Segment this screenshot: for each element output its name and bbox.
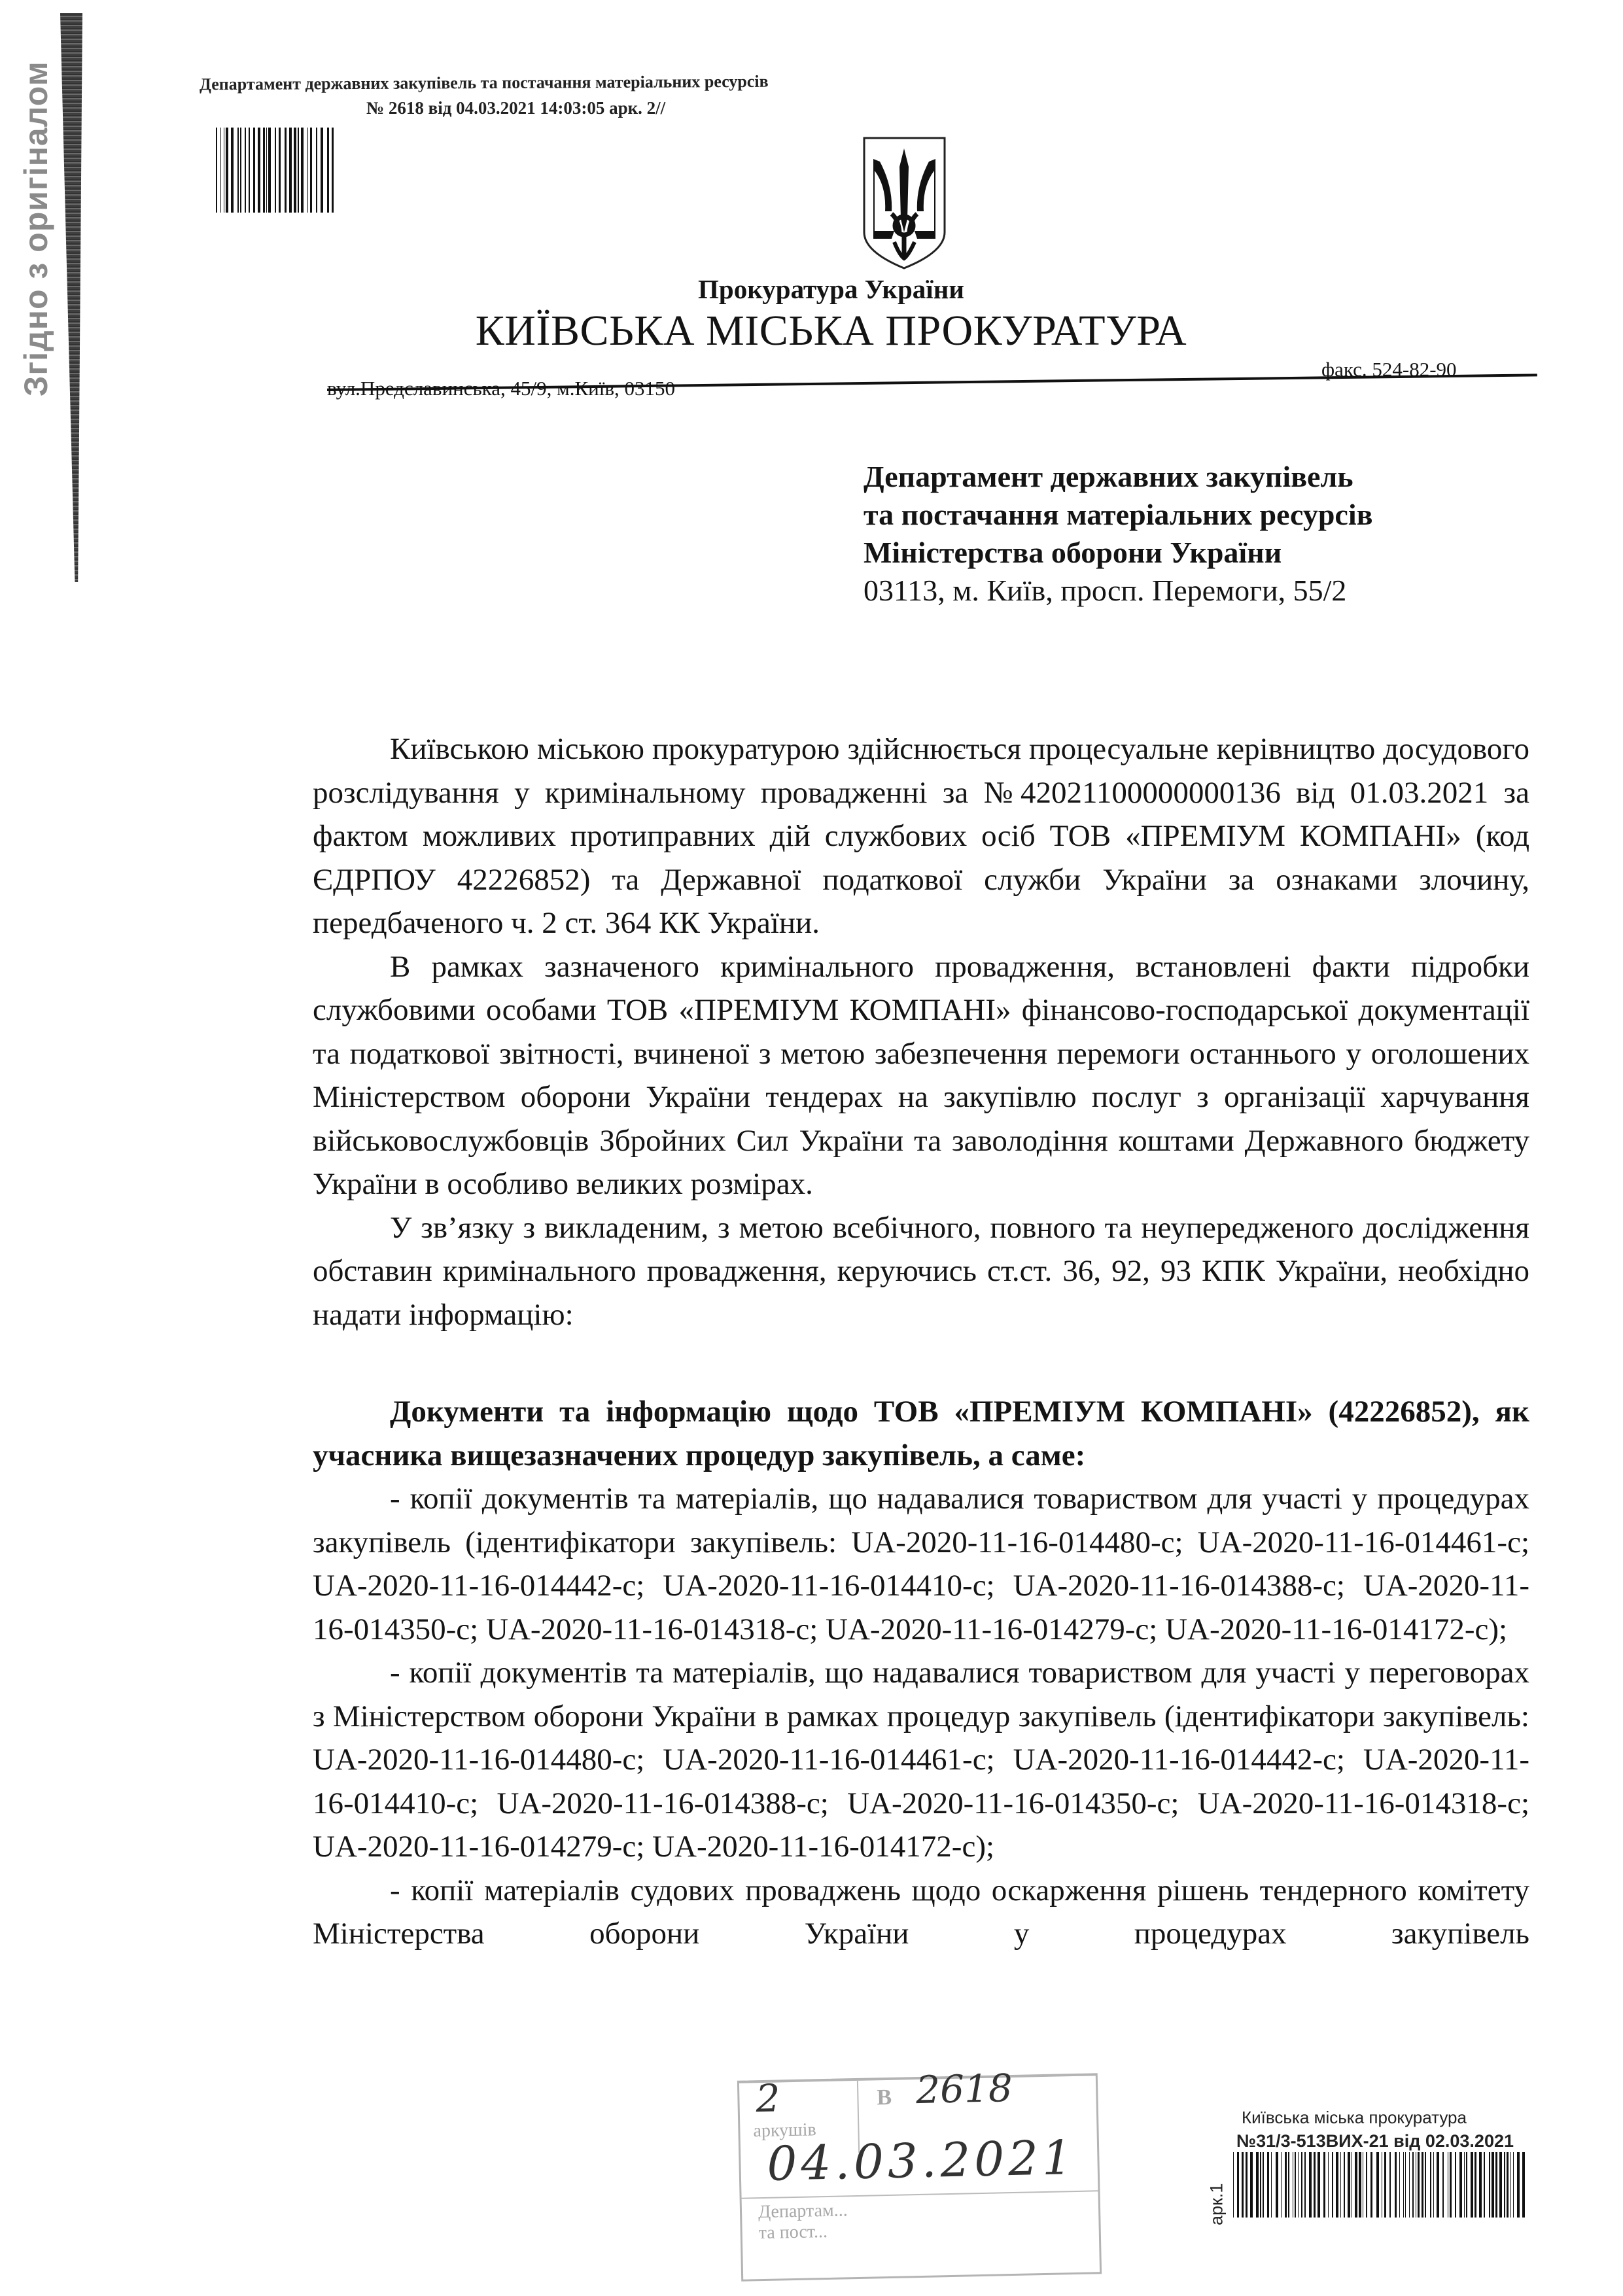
incoming-barcode: [216, 128, 340, 213]
body-paragraph: В рамках зазначеного кримінального прова…: [313, 945, 1529, 1206]
body-paragraph: Київською міською прокуратурою здійснюєт…: [313, 727, 1529, 945]
organization-name: КИЇВСЬКА МІСЬКА ПРОКУРАТУРА: [0, 306, 1623, 356]
request-item: - копії документів та матеріалів, що над…: [313, 1477, 1529, 1651]
stamp-department-label: Департам... та пост...: [758, 2200, 848, 2244]
outgoing-barcode: [1233, 2152, 1527, 2218]
addressee-line: Міністерства оборони України: [864, 534, 1518, 572]
addressee-line: та постачання матеріальних ресурсів: [864, 496, 1518, 534]
request-item: - копії документів та матеріалів, що над…: [313, 1651, 1529, 1869]
outgoing-registration-number: №31/3-513ВИХ-21 від 02.03.2021: [1236, 2131, 1514, 2151]
received-stamp: аркушів В Департам... та пост... 2 2618 …: [737, 2073, 1102, 2281]
incoming-registration-department: Департамент державних закупівель та пост…: [200, 72, 769, 95]
addressee-block: Департамент державних закупівель та пост…: [864, 458, 1518, 610]
request-item: - копії матеріалів судових проваджень що…: [313, 1869, 1529, 1956]
parent-organization: Прокуратура України: [0, 273, 1623, 305]
outgoing-sheet-label: арк.1: [1204, 2168, 1230, 2240]
handwritten-date: 04.03.2021: [767, 2130, 1077, 2191]
addressee-line: Департамент державних закупівель: [864, 458, 1518, 496]
handwritten-incoming-number: 2618: [915, 2066, 1013, 2112]
coat-of-arms-icon: [860, 134, 949, 271]
request-heading: Документи та інформацію щодо ТОВ «ПРЕМІУ…: [313, 1390, 1529, 1477]
outgoing-registration-organization: Київська міська прокуратура: [1242, 2108, 1467, 2128]
incoming-registration-number: № 2618 від 04.03.2021 14:03:05 арк. 2//: [366, 98, 665, 118]
stamp-incoming-prefix: В: [877, 2085, 892, 2110]
certified-copy-watermark: Згідно з оригіналом: [13, 20, 59, 438]
addressee-address: 03113, м. Київ, просп. Перемоги, 55/2: [864, 572, 1518, 610]
body-paragraph: У зв’язку з викладеним, з метою всебічно…: [313, 1206, 1529, 1337]
letter-body: Київською міською прокуратурою здійснюєт…: [313, 727, 1529, 1956]
handwritten-sheets: 2: [756, 2076, 780, 2121]
